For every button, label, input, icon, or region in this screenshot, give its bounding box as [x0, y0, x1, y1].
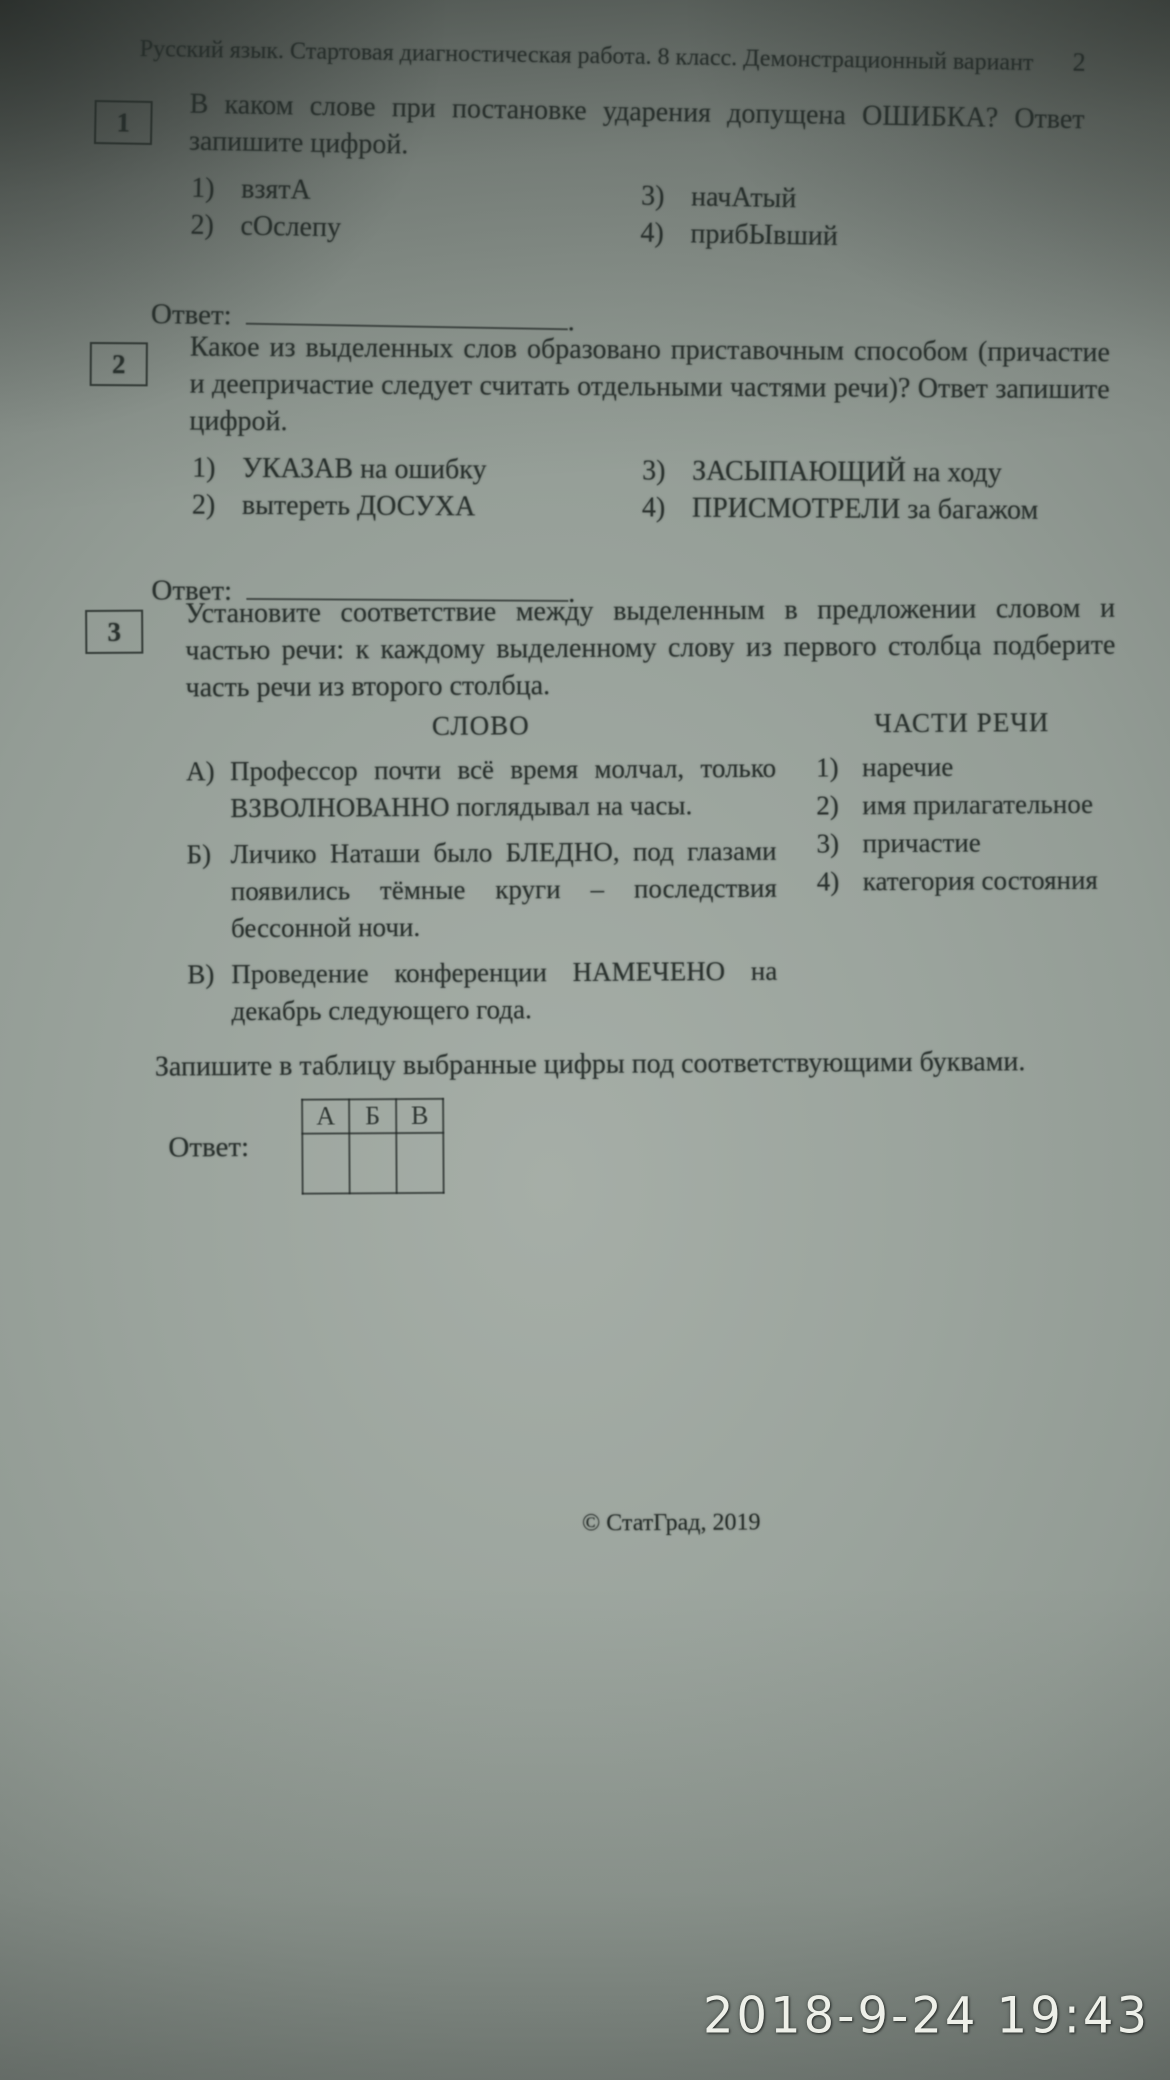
question-1-options: 1) взятА 2) сОслепу 3) начАтый 4) прибЫв…	[190, 170, 1168, 261]
answer-table-header-cell: А	[302, 1099, 349, 1133]
pos-item-text: имя прилагательное	[862, 786, 1093, 824]
parts-column-header: ЧАСТИ РЕЧИ	[816, 707, 1108, 750]
pos-item-text: категория состояния	[863, 862, 1098, 900]
match-item-text: Личико Наташи было БЛЕДНО, под глазами п…	[230, 833, 777, 947]
option-marker: 3)	[642, 452, 692, 489]
pos-item-number: 3)	[816, 825, 862, 862]
pos-item: 1) наречие	[816, 748, 1108, 787]
word-column-header: СЛОВО	[186, 709, 776, 754]
option-marker: 2)	[190, 207, 241, 245]
option-marker: 1)	[192, 450, 242, 487]
match-item-text: Профессор почти всё время молчал, только…	[230, 750, 776, 827]
option-item: 3) начАтый	[641, 178, 839, 218]
question-number: 3	[107, 616, 121, 647]
option-text: прибЫвший	[690, 215, 838, 255]
option-text: ЗАСЫПАЮЩИЙ на ходу	[692, 453, 1002, 492]
answer-table-header-cell: Б	[349, 1099, 396, 1133]
question-number: 1	[116, 107, 130, 138]
pos-item-number: 1)	[816, 749, 862, 786]
option-text: вытереть ДОСУХА	[242, 487, 476, 525]
answer-blank	[246, 295, 568, 331]
option-marker: 3)	[641, 178, 692, 216]
option-item: 2) сОслепу	[190, 207, 641, 252]
pos-item: 4) категория состояния	[817, 862, 1109, 901]
answer-table-empty-cell	[396, 1133, 443, 1193]
question-1: 1 В каком слове при постановке ударения …	[0, 82, 1170, 348]
question-2: 2 Какое из выделенных слов образовано пр…	[0, 327, 1170, 613]
option-text: начАтый	[691, 178, 797, 217]
question-3-number-box: 3	[85, 610, 143, 654]
question-1-number-box: 1	[94, 100, 153, 145]
answer-label: Ответ:	[168, 1130, 268, 1164]
photo-of-test-page: Русский язык. Стартовая диагностическая …	[0, 0, 1170, 2080]
option-text: ПРИСМОТРЕЛИ за багажом	[692, 490, 1039, 529]
option-item: 2) вытереть ДОСУХА	[192, 487, 642, 527]
option-text: взятА	[241, 171, 311, 209]
option-marker: 4)	[642, 489, 692, 526]
word-column: СЛОВО А) Профессор почти всё время молча…	[186, 709, 778, 1040]
match-item: А) Профессор почти всё время молчал, тол…	[186, 750, 776, 828]
match-item-letter: Б)	[186, 836, 231, 947]
instruction-note: Запишите в таблицу выбранные цифры под с…	[155, 1045, 1170, 1083]
pos-item-text: причастие	[862, 825, 980, 863]
answer-table-empty-cell	[302, 1133, 349, 1193]
question-number: 2	[112, 349, 126, 380]
question-3-answer-row: Ответ: А Б В	[168, 1093, 1170, 1195]
answer-table-header-row: А Б В	[302, 1099, 443, 1134]
pos-item-number: 4)	[817, 863, 863, 900]
option-item: 4) прибЫвший	[640, 215, 838, 255]
match-item-letter: А)	[186, 753, 230, 827]
option-item: 1) УКАЗАВ на ошибку	[192, 450, 642, 490]
answer-table-header-cell: В	[396, 1099, 443, 1133]
option-item: 4) ПРИСМОТРЕЛИ за багажом	[642, 489, 1039, 528]
options-column-left: 1) УКАЗАВ на ошибку 2) вытереть ДОСУХА	[192, 450, 642, 527]
camera-timestamp: 2018-9-24 19:43	[703, 1987, 1150, 2045]
answer-table-empty-cell	[349, 1133, 396, 1193]
pos-item-text: наречие	[862, 749, 953, 787]
answer-table-input-row	[302, 1133, 443, 1194]
match-item: В) Проведение конференции НАМЕЧЕНО на де…	[187, 953, 777, 1031]
option-marker: 2)	[192, 487, 242, 524]
match-table: СЛОВО А) Профессор почти всё время молча…	[186, 706, 1170, 1039]
option-marker: 4)	[640, 215, 691, 253]
match-item-text: Проведение конференции НАМЕЧЕНО на декаб…	[231, 953, 777, 1030]
answer-label: Ответ:	[151, 298, 232, 332]
pos-item: 3) причастие	[816, 824, 1108, 863]
parts-of-speech-column: ЧАСТИ РЕЧИ 1) наречие 2) имя прилагатель…	[816, 707, 1110, 1036]
pos-item: 2) имя прилагательное	[816, 786, 1108, 825]
answer-table: А Б В	[301, 1098, 445, 1195]
match-item: Б) Личико Наташи было БЛЕДНО, под глазам…	[186, 833, 777, 948]
option-item: 3) ЗАСЫПАЮЩИЙ на ходу	[642, 452, 1039, 491]
copyright-line: © СтатГрад, 2019	[582, 1510, 761, 1538]
option-text: УКАЗАВ на ошибку	[242, 450, 487, 488]
match-item-letter: В)	[187, 956, 231, 1030]
header-page-number: 2	[1072, 48, 1087, 78]
option-marker: 1)	[191, 170, 242, 208]
options-column-right: 3) начАтый 4) прибЫвший	[640, 178, 839, 255]
question-2-options: 1) УКАЗАВ на ошибку 2) вытереть ДОСУХА 3…	[192, 450, 1169, 530]
question-3: 3 Установите соответствие между выделенн…	[0, 589, 1170, 1196]
question-3-text: Установите соответствие между выделенным…	[185, 590, 1116, 707]
options-column-right: 3) ЗАСЫПАЮЩИЙ на ходу 4) ПРИСМОТРЕЛИ за …	[642, 452, 1039, 528]
question-2-text: Какое из выделенных слов образовано прис…	[189, 329, 1110, 446]
options-column-left: 1) взятА 2) сОслепу	[190, 170, 641, 252]
option-text: сОслепу	[240, 208, 341, 247]
question-1-text: В каком слове при постановке ударения до…	[189, 86, 1085, 176]
pos-item-number: 2)	[816, 787, 862, 824]
question-2-number-box: 2	[90, 342, 148, 386]
